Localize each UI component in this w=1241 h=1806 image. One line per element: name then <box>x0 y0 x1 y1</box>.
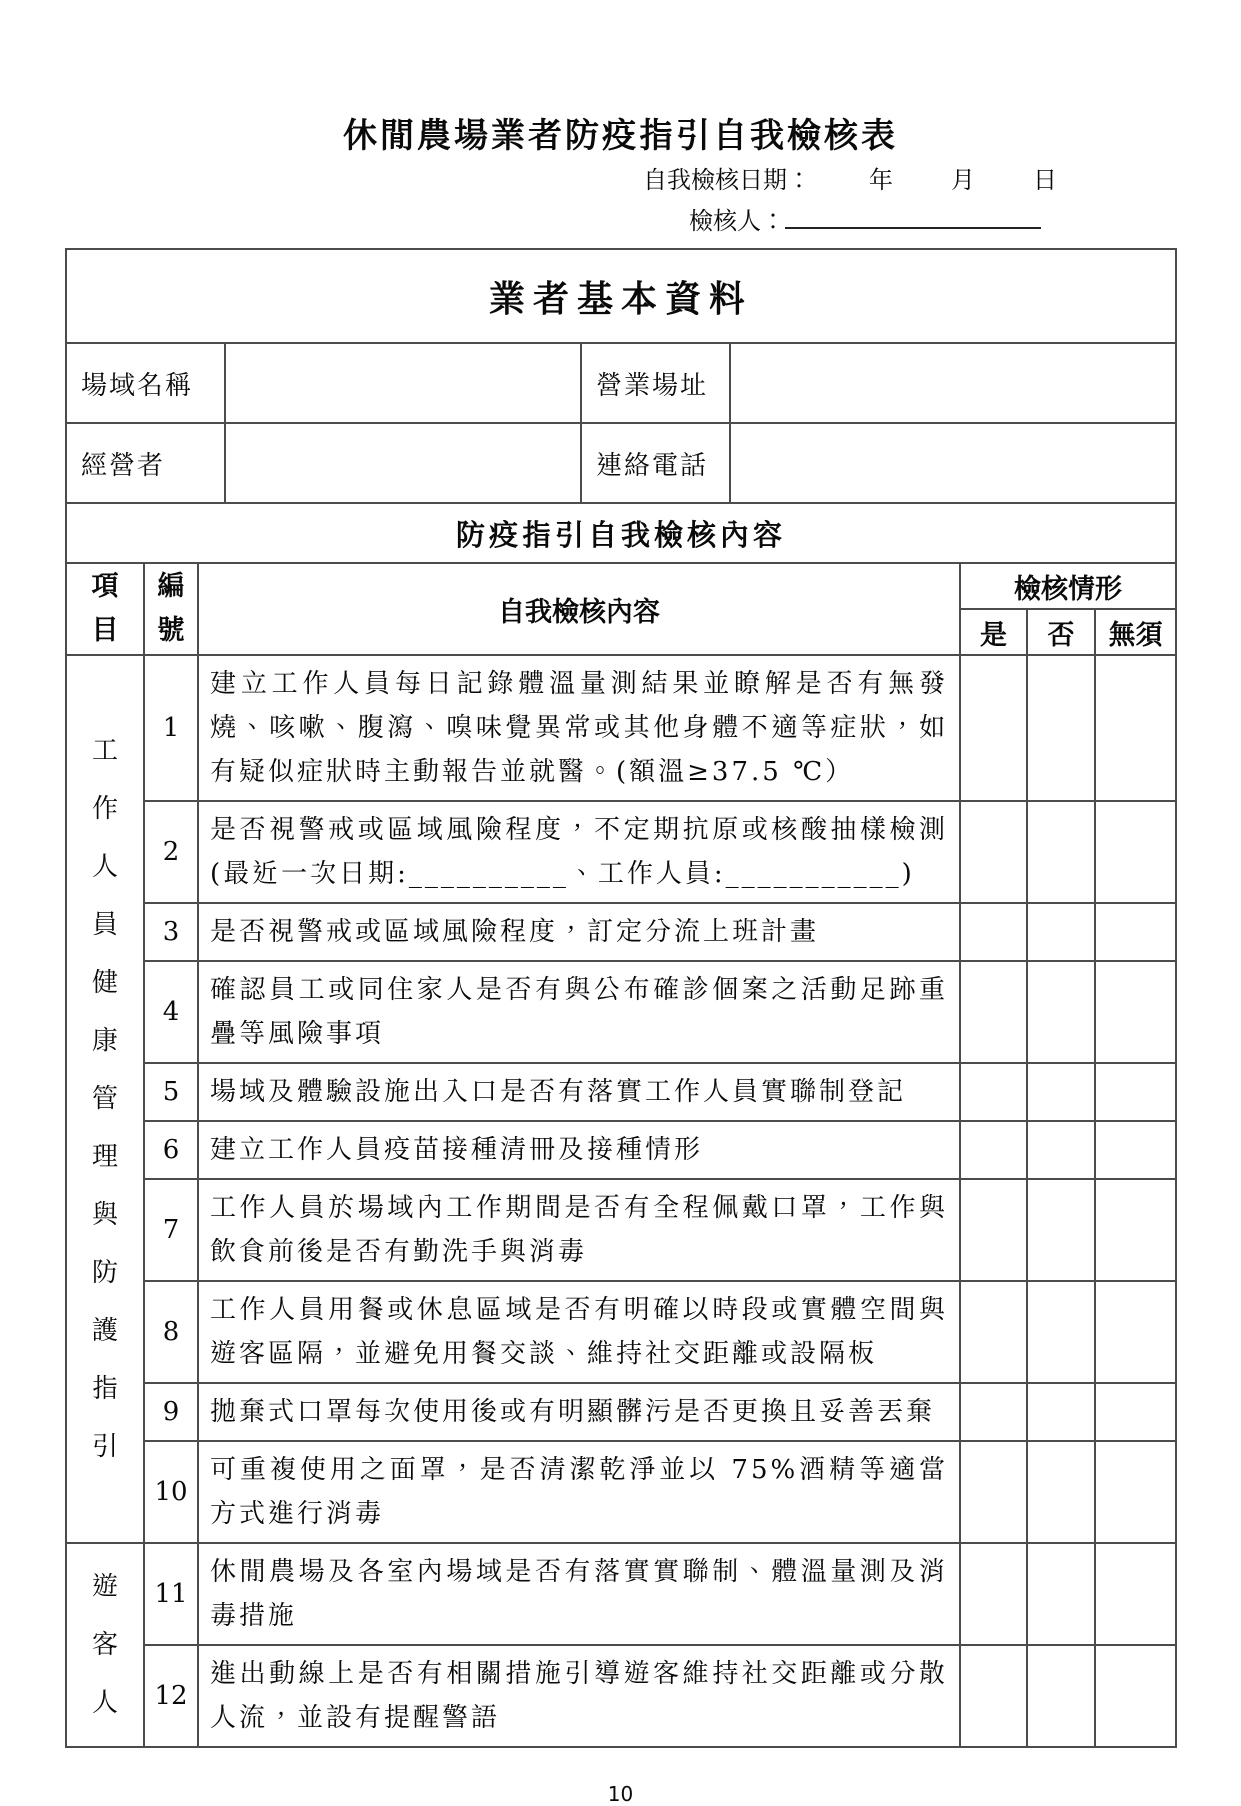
basic-info-row: 場域名稱 營業場址 <box>66 343 1176 423</box>
check-yes-cell[interactable] <box>960 1441 1027 1543</box>
check-na-cell[interactable] <box>1095 1543 1176 1645</box>
row-number: 1 <box>144 655 198 801</box>
row-text: 進出動線上是否有相關措施引導遊客維持社交距離或分散人流，並設有提醒警語 <box>198 1645 960 1747</box>
date-day-label: 日 <box>1033 163 1057 197</box>
document-page: 休閒農場業者防疫指引自我檢核表 自我檢核日期： 年 月 日 檢核人： 業者基本資… <box>0 0 1241 1755</box>
basic-info-row: 經營者 連絡電話 <box>66 423 1176 503</box>
check-no-cell[interactable] <box>1027 801 1095 903</box>
site-name-label: 場域名稱 <box>66 343 225 423</box>
row-text: 拋棄式口罩每次使用後或有明顯髒污是否更換且妥善丟棄 <box>198 1383 960 1441</box>
check-yes-cell[interactable] <box>960 1121 1027 1179</box>
check-na-cell[interactable] <box>1095 1121 1176 1179</box>
inspector-input[interactable] <box>785 199 1041 229</box>
checklist-row: 5 場域及體驗設施出入口是否有落實工作人員實聯制登記 <box>66 1063 1176 1121</box>
row-text: 確認員工或同住家人是否有與公布確診個案之活動足跡重疊等風險事項 <box>198 961 960 1063</box>
row-number: 11 <box>144 1543 198 1645</box>
check-na-cell[interactable] <box>1095 1281 1176 1383</box>
header-meta: 自我檢核日期： 年 月 日 檢核人： <box>65 163 1175 238</box>
column-header-yes: 是 <box>960 609 1027 655</box>
category-cell: 遊客人 <box>66 1543 144 1747</box>
check-na-cell[interactable] <box>1095 1383 1176 1441</box>
row-text: 是否視警戒或區域風險程度，訂定分流上班計畫 <box>198 903 960 961</box>
check-yes-cell[interactable] <box>960 903 1027 961</box>
column-header-no: 否 <box>1027 609 1095 655</box>
row-number: 9 <box>144 1383 198 1441</box>
checklist-row: 6 建立工作人員疫苗接種清冊及接種情形 <box>66 1121 1176 1179</box>
page-title: 休閒農場業者防疫指引自我檢核表 <box>0 0 1241 157</box>
row-text: 工作人員於場域內工作期間是否有全程佩戴口罩，工作與飲食前後是否有勤洗手與消毒 <box>198 1179 960 1281</box>
check-na-cell[interactable] <box>1095 961 1176 1063</box>
check-na-cell[interactable] <box>1095 1645 1176 1747</box>
inspector-label: 檢核人： <box>689 204 785 238</box>
check-na-cell[interactable] <box>1095 1179 1176 1281</box>
self-check-date-line: 自我檢核日期： 年 月 日 <box>65 163 1175 197</box>
operator-label: 經營者 <box>66 423 225 503</box>
checklist-row: 7 工作人員於場域內工作期間是否有全程佩戴口罩，工作與飲食前後是否有勤洗手與消毒 <box>66 1179 1176 1281</box>
checklist-row: 2 是否視警戒或區域風險程度，不定期抗原或核酸抽樣檢測(最近一次日期:_____… <box>66 801 1176 903</box>
check-no-cell[interactable] <box>1027 1645 1095 1747</box>
row-text: 場域及體驗設施出入口是否有落實工作人員實聯制登記 <box>198 1063 960 1121</box>
checklist-row: 遊客人11 休閒農場及各室內場域是否有落實實聯制、體溫量測及消毒措施 <box>66 1543 1176 1645</box>
checklist-row: 8 工作人員用餐或休息區域是否有明確以時段或實體空間與遊客區隔，並避免用餐交談、… <box>66 1281 1176 1383</box>
check-no-cell[interactable] <box>1027 1543 1095 1645</box>
basic-info-header: 業者基本資料 <box>66 249 1176 343</box>
check-no-cell[interactable] <box>1027 1063 1095 1121</box>
check-yes-cell[interactable] <box>960 1645 1027 1747</box>
row-text: 建立工作人員每日記錄體溫量測結果並瞭解是否有無發燒、咳嗽、腹瀉、嗅味覺異常或其他… <box>198 655 960 801</box>
row-number: 3 <box>144 903 198 961</box>
check-na-cell[interactable] <box>1095 655 1176 801</box>
page-number: 10 <box>0 1782 1241 1806</box>
check-yes-cell[interactable] <box>960 801 1027 903</box>
check-na-cell[interactable] <box>1095 903 1176 961</box>
checklist-row: 3 是否視警戒或區域風險程度，訂定分流上班計畫 <box>66 903 1176 961</box>
check-no-cell[interactable] <box>1027 1281 1095 1383</box>
check-yes-cell[interactable] <box>960 655 1027 801</box>
column-header-status: 檢核情形 <box>960 563 1176 609</box>
check-yes-cell[interactable] <box>960 1383 1027 1441</box>
row-text: 是否視警戒或區域風險程度，不定期抗原或核酸抽樣檢測(最近一次日期:_______… <box>198 801 960 903</box>
checklist-row: 10 可重複使用之面罩，是否清潔乾淨並以 75%酒精等適當方式進行消毒 <box>66 1441 1176 1543</box>
check-yes-cell[interactable] <box>960 1179 1027 1281</box>
basic-info-table: 業者基本資料 場域名稱 營業場址 經營者 連絡電話 <box>65 248 1177 504</box>
site-name-input[interactable] <box>225 343 581 423</box>
row-number: 6 <box>144 1121 198 1179</box>
check-yes-cell[interactable] <box>960 1281 1027 1383</box>
row-text: 建立工作人員疫苗接種清冊及接種情形 <box>198 1121 960 1179</box>
category-cell: 工作人員健康管理與防護指引 <box>66 655 144 1543</box>
column-header-na: 無須 <box>1095 609 1176 655</box>
checklist-row: 9 拋棄式口罩每次使用後或有明顯髒污是否更換且妥善丟棄 <box>66 1383 1176 1441</box>
row-number: 10 <box>144 1441 198 1543</box>
row-number: 7 <box>144 1179 198 1281</box>
contact-phone-label: 連絡電話 <box>581 423 730 503</box>
date-year-label: 年 <box>869 163 893 197</box>
check-no-cell[interactable] <box>1027 1121 1095 1179</box>
check-no-cell[interactable] <box>1027 1383 1095 1441</box>
check-no-cell[interactable] <box>1027 961 1095 1063</box>
contact-phone-input[interactable] <box>730 423 1176 503</box>
checklist-row: 工作人員健康管理與防護指引1 建立工作人員每日記錄體溫量測結果並瞭解是否有無發燒… <box>66 655 1176 801</box>
row-text: 工作人員用餐或休息區域是否有明確以時段或實體空間與遊客區隔，並避免用餐交談、維持… <box>198 1281 960 1383</box>
check-no-cell[interactable] <box>1027 903 1095 961</box>
date-month-label: 月 <box>951 163 975 197</box>
row-number: 8 <box>144 1281 198 1383</box>
check-na-cell[interactable] <box>1095 1441 1176 1543</box>
checklist-table: 防疫指引自我檢核內容 項目 編號 自我檢核內容 檢核情形 是 否 無須 工作人員… <box>65 502 1177 1748</box>
check-yes-cell[interactable] <box>960 1543 1027 1645</box>
row-number: 2 <box>144 801 198 903</box>
row-number: 5 <box>144 1063 198 1121</box>
row-text: 休閒農場及各室內場域是否有落實實聯制、體溫量測及消毒措施 <box>198 1543 960 1645</box>
check-no-cell[interactable] <box>1027 655 1095 801</box>
check-yes-cell[interactable] <box>960 961 1027 1063</box>
business-address-label: 營業場址 <box>581 343 730 423</box>
column-header-number: 編號 <box>144 563 198 655</box>
row-number: 4 <box>144 961 198 1063</box>
check-yes-cell[interactable] <box>960 1063 1027 1121</box>
checklist-row: 4 確認員工或同住家人是否有與公布確診個案之活動足跡重疊等風險事項 <box>66 961 1176 1063</box>
checklist-row: 12 進出動線上是否有相關措施引導遊客維持社交距離或分散人流，並設有提醒警語 <box>66 1645 1176 1747</box>
column-header-content: 自我檢核內容 <box>198 563 960 655</box>
check-no-cell[interactable] <box>1027 1179 1095 1281</box>
date-label: 自我檢核日期： <box>643 163 811 197</box>
check-na-cell[interactable] <box>1095 801 1176 903</box>
column-header-item: 項目 <box>66 563 144 655</box>
checklist-section-header: 防疫指引自我檢核內容 <box>66 503 1176 563</box>
check-na-cell[interactable] <box>1095 1063 1176 1121</box>
business-address-input[interactable] <box>730 343 1176 423</box>
row-number: 12 <box>144 1645 198 1747</box>
row-text: 可重複使用之面罩，是否清潔乾淨並以 75%酒精等適當方式進行消毒 <box>198 1441 960 1543</box>
inspector-line: 檢核人： <box>65 199 1175 238</box>
check-no-cell[interactable] <box>1027 1441 1095 1543</box>
operator-input[interactable] <box>225 423 581 503</box>
